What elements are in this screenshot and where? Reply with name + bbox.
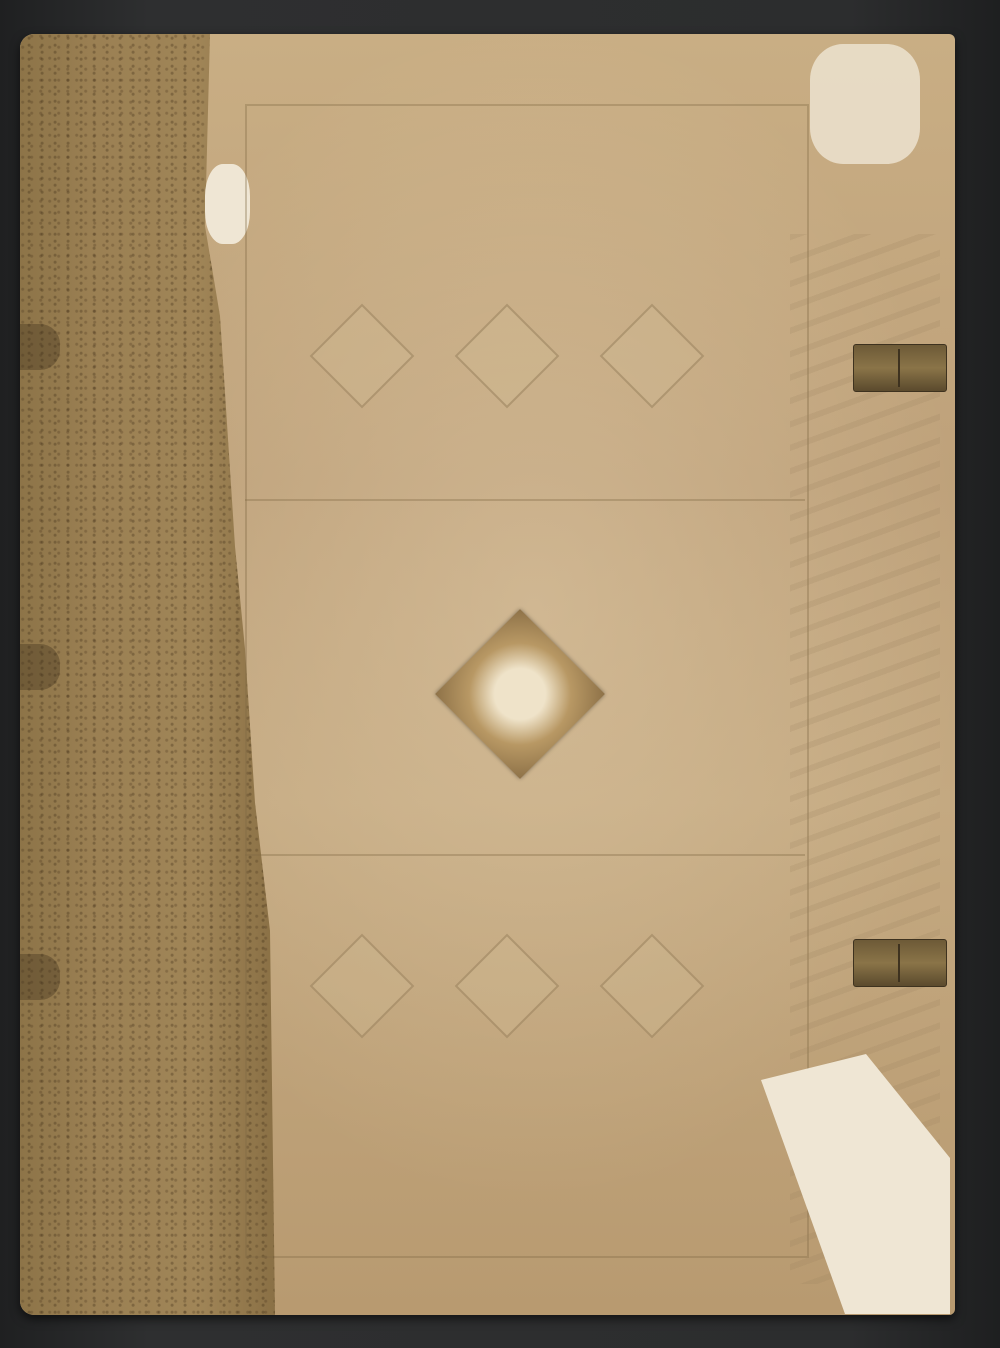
panel-divider bbox=[245, 499, 805, 501]
worn-corner-top-right bbox=[810, 44, 920, 164]
spine-raised-band bbox=[20, 644, 60, 690]
brass-clasp-upper bbox=[853, 344, 947, 392]
worn-patch bbox=[205, 164, 250, 244]
spine-raised-band bbox=[20, 954, 60, 1000]
book-cover bbox=[20, 34, 955, 1315]
brass-clasp-lower bbox=[853, 939, 947, 987]
spine-raised-band bbox=[20, 324, 60, 370]
panel-divider bbox=[245, 854, 805, 856]
